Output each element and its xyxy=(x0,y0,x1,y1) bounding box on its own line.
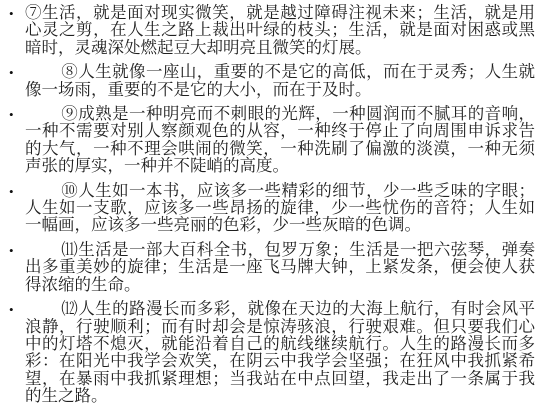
bullet-list: • ⑦生活，就是面对现实微笑，就是越过障碍注视未来；生活，就是用心灵之剪，在人生… xyxy=(0,4,535,405)
list-item: • ⑿人生的路漫长而多彩，就像在天边的大海上航行，有时会风平浪静，行驶顺利；而有… xyxy=(0,300,535,404)
list-item: • ⑨成熟是一种明亮而不刺眼的光辉，一种圆润而不腻耳的音响，一种不需要对别人察颜… xyxy=(0,105,535,175)
list-item-text: ⑨成熟是一种明亮而不刺眼的光辉，一种圆润而不腻耳的音响，一种不需要对别人察颜观色… xyxy=(25,105,535,175)
list-item-text: ⑾生活是一部大百科全书，包罗万象；生活是一把六弦琴，弹奏出多重美妙的旋律；生活是… xyxy=(25,241,535,293)
bullet-icon: • xyxy=(9,64,14,81)
list-item: • ⑾生活是一部大百科全书，包罗万象；生活是一把六弦琴，弹奏出多重美妙的旋律；生… xyxy=(0,241,535,293)
bullet-icon: • xyxy=(9,183,14,200)
list-item-text: ⑦生活，就是面对现实微笑，就是越过障碍注视未来；生活，就是用心灵之剪，在人生之路… xyxy=(25,4,535,56)
list-item: • ⑦生活，就是面对现实微笑，就是越过障碍注视未来；生活，就是用心灵之剪，在人生… xyxy=(0,4,535,56)
document-page: • ⑦生活，就是面对现实微笑，就是越过障碍注视未来；生活，就是用心灵之剪，在人生… xyxy=(0,0,540,405)
list-item-text: ⑩人生如一本书，应该多一些精彩的细节，少一些乏味的字眼；人生如一支歌，应该多一些… xyxy=(25,182,535,234)
bullet-icon: • xyxy=(9,5,14,22)
bullet-icon: • xyxy=(9,301,14,318)
list-item-text: ⑧人生就像一座山，重要的不是它的高低，而在于灵秀；人生就像一场雨，重要的不是它的… xyxy=(25,63,535,98)
list-item: • ⑩人生如一本书，应该多一些精彩的细节，少一些乏味的字眼；人生如一支歌，应该多… xyxy=(0,182,535,234)
list-item: • ⑧人生就像一座山，重要的不是它的高低，而在于灵秀；人生就像一场雨，重要的不是… xyxy=(0,63,535,98)
list-item-text: ⑿人生的路漫长而多彩，就像在天边的大海上航行，有时会风平浪静，行驶顺利；而有时却… xyxy=(25,300,535,404)
bullet-icon: • xyxy=(9,106,14,123)
bullet-icon: • xyxy=(9,242,14,259)
